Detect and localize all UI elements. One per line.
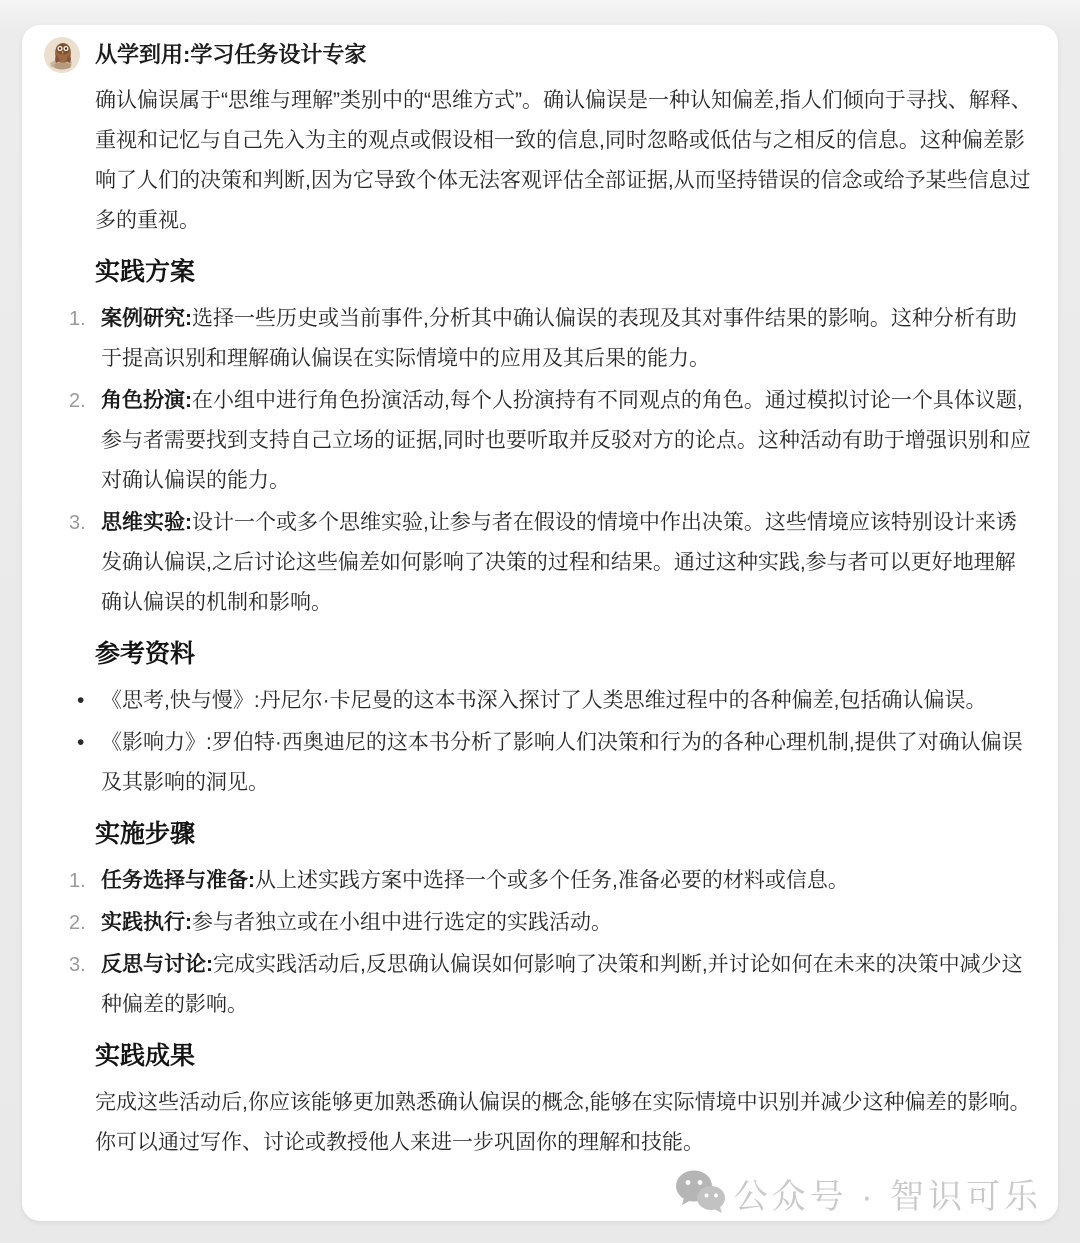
chat-message-card: 从学到用:学习任务设计专家 确认偏误属于“思维与理解”类别中的“思维方式”。确认… [22,25,1058,1221]
section-heading-outcomes: 实践成果 [95,1039,1032,1073]
outcomes-paragraph: 完成这些活动后,你应该能够更加熟悉确认偏误的概念,能够在实际情境中识别并减少这种… [95,1083,1032,1163]
list-item-text: 《影响力》:罗伯特·西奥迪尼的这本书分析了影响人们决策和行为的各种心理机制,提供… [101,731,1023,794]
list-item: 1.任务选择与准备:从上述实践方案中选择一个或多个任务,准备必要的材料或信息。 [95,861,1032,901]
list-item-text: 选择一些历史或当前事件,分析其中确认偏误的表现及其对事件结果的影响。这种分析有助… [101,307,1017,370]
list-item: 3.反思与讨论:完成实践活动后,反思确认偏误如何影响了决策和判断,并讨论如何在未… [95,945,1032,1025]
practice-plan-list: 1.案例研究:选择一些历史或当前事件,分析其中确认偏误的表现及其对事件结果的影响… [95,299,1032,623]
message-content: 确认偏误属于“思维与理解”类别中的“思维方式”。确认偏误是一种认知偏差,指人们倾… [95,81,1032,1163]
implementation-steps-list: 1.任务选择与准备:从上述实践方案中选择一个或多个任务,准备必要的材料或信息。 … [95,861,1032,1025]
list-item: 《影响力》:罗伯特·西奥迪尼的这本书分析了影响人们决策和行为的各种心理机制,提供… [95,723,1032,803]
list-item: 2.角色扮演:在小组中进行角色扮演活动,每个人扮演持有不同观点的角色。通过模拟讨… [95,381,1032,501]
list-item-label: 思维实验: [101,511,192,534]
list-item-text: 设计一个或多个思维实验,让参与者在假设的情境中作出决策。这些情境应该特别设计来诱… [101,511,1017,614]
watermark-text: 公众号 · 智识可乐 [734,1169,1042,1218]
list-item-label: 任务选择与准备: [101,869,255,892]
section-heading-implementation-steps: 实施步骤 [95,817,1032,851]
list-number: 1. [69,299,86,339]
message-header: 从学到用:学习任务设计专家 [44,37,1032,73]
list-item-text: 《思考,快与慢》:丹尼尔·卡尼曼的这本书深入探讨了人类思维过程中的各种偏差,包括… [101,689,987,712]
references-list: 《思考,快与慢》:丹尼尔·卡尼曼的这本书深入探讨了人类思维过程中的各种偏差,包括… [95,681,1032,803]
list-item: 2.实践执行:参与者独立或在小组中进行选定的实践活动。 [95,903,1032,943]
watermark: 公众号 · 智识可乐 [674,1168,1042,1219]
list-number: 1. [69,861,86,901]
list-item-label: 实践执行: [101,911,192,934]
wechat-icon [674,1168,726,1219]
list-item-label: 角色扮演: [101,389,192,412]
owl-avatar-icon [44,37,80,73]
list-item-text: 从上述实践方案中选择一个或多个任务,准备必要的材料或信息。 [255,869,849,892]
list-item-label: 案例研究: [101,307,192,330]
intro-paragraph: 确认偏误属于“思维与理解”类别中的“思维方式”。确认偏误是一种认知偏差,指人们倾… [95,81,1032,241]
list-item-text: 参与者独立或在小组中进行选定的实践活动。 [192,911,612,934]
list-number: 2. [69,381,86,421]
list-item-label: 反思与讨论: [101,953,213,976]
list-item: 《思考,快与慢》:丹尼尔·卡尼曼的这本书深入探讨了人类思维过程中的各种偏差,包括… [95,681,1032,721]
assistant-name: 从学到用:学习任务设计专家 [95,40,366,70]
list-number: 2. [69,903,86,943]
list-item-text: 在小组中进行角色扮演活动,每个人扮演持有不同观点的角色。通过模拟讨论一个具体议题… [101,389,1031,492]
list-item: 1.案例研究:选择一些历史或当前事件,分析其中确认偏误的表现及其对事件结果的影响… [95,299,1032,379]
page-background: 从学到用:学习任务设计专家 确认偏误属于“思维与理解”类别中的“思维方式”。确认… [0,0,1080,1243]
list-item-text: 完成实践活动后,反思确认偏误如何影响了决策和判断,并讨论如何在未来的决策中减少这… [101,953,1023,1016]
list-number: 3. [69,503,86,543]
section-heading-references: 参考资料 [95,637,1032,671]
section-heading-practice-plan: 实践方案 [95,255,1032,289]
list-item: 3.思维实验:设计一个或多个思维实验,让参与者在假设的情境中作出决策。这些情境应… [95,503,1032,623]
list-number: 3. [69,945,86,985]
